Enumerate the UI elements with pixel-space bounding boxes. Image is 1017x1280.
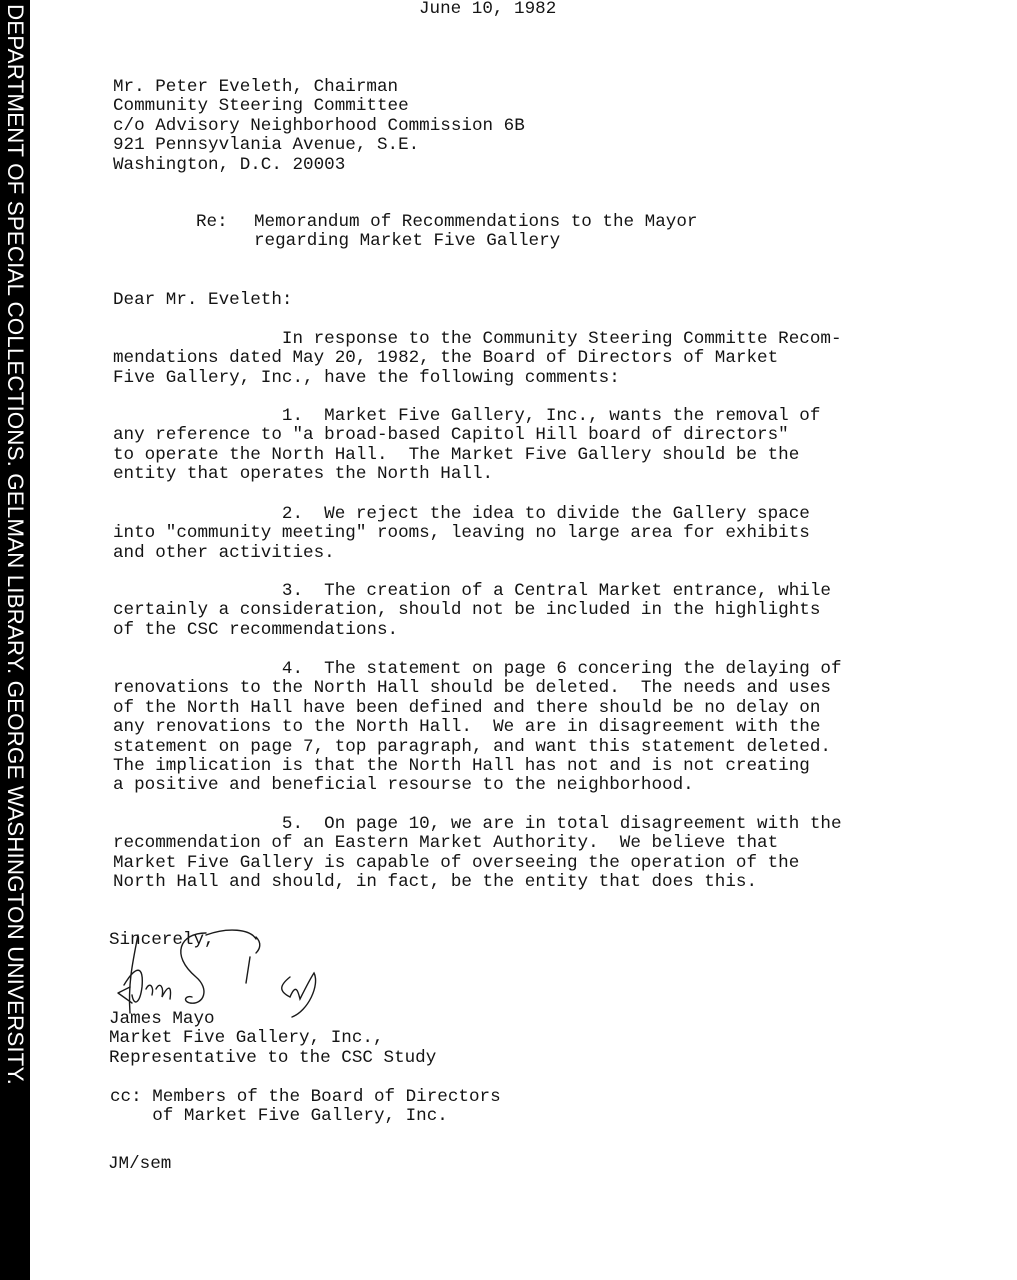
archive-watermark-text: DEPARTMENT OF SPECIAL COLLECTIONS. GELMA… bbox=[3, 4, 27, 1085]
paragraph-line: renovations to the North Hall should be … bbox=[113, 678, 831, 698]
cc-line: of Market Five Gallery, Inc. bbox=[110, 1106, 448, 1126]
typist-initials: JM/sem bbox=[108, 1155, 171, 1174]
paragraph-line: 3. The creation of a Central Market entr… bbox=[113, 581, 831, 601]
signer-name: James Mayo bbox=[109, 1009, 215, 1029]
salutation: Dear Mr. Eveleth: bbox=[113, 291, 293, 310]
paragraph-line: a positive and beneficial resourse to th… bbox=[113, 775, 694, 795]
subject-line: Memorandum of Recommendations to the May… bbox=[254, 213, 697, 252]
recipient-line: Mr. Peter Eveleth, Chairman bbox=[113, 77, 398, 97]
recipient-line: c/o Advisory Neighborhood Commission 6B bbox=[113, 116, 525, 136]
paragraph-line: mendations dated May 20, 1982, the Board… bbox=[113, 348, 778, 368]
cc-block: cc: Members of the Board of Directors of… bbox=[110, 1088, 501, 1127]
paragraph-line: Five Gallery, Inc., have the following c… bbox=[113, 368, 620, 388]
paragraph-line: North Hall and should, in fact, be the e… bbox=[113, 872, 757, 892]
paragraph-line: entity that operates the North Hall. bbox=[113, 464, 493, 484]
recipient-line: Washington, D.C. 20003 bbox=[113, 155, 345, 175]
recipient-line: Community Steering Committee bbox=[113, 96, 409, 116]
signer-block: James Mayo Market Five Gallery, Inc., Re… bbox=[109, 1010, 436, 1068]
paragraph-line: any reference to "a broad-based Capitol … bbox=[113, 425, 789, 445]
paragraph-line: 2. We reject the idea to divide the Gall… bbox=[113, 504, 810, 524]
paragraph-line: 1. Market Five Gallery, Inc., wants the … bbox=[113, 406, 820, 426]
signer-title: Representative to the CSC Study bbox=[109, 1048, 436, 1068]
recipient-address: Mr. Peter Eveleth, Chairman Community St… bbox=[113, 78, 525, 175]
paragraph-line: recommendation of an Eastern Market Auth… bbox=[113, 833, 778, 853]
comment-point-4: 4. The statement on page 6 concering the… bbox=[113, 660, 883, 796]
paragraph-line: statement on page 7, top paragraph, and … bbox=[113, 737, 831, 757]
comment-point-2: 2. We reject the idea to divide the Gall… bbox=[113, 505, 883, 563]
paragraph-line: of the CSC recommendations. bbox=[113, 620, 398, 640]
comment-point-1: 1. Market Five Gallery, Inc., wants the … bbox=[113, 407, 883, 485]
intro-paragraph: In response to the Community Steering Co… bbox=[113, 330, 883, 388]
paragraph-line: to operate the North Hall. The Market Fi… bbox=[113, 445, 799, 465]
paragraph-line: 5. On page 10, we are in total disagreem… bbox=[113, 814, 842, 834]
paragraph-line: of the North Hall have been defined and … bbox=[113, 698, 820, 718]
subject-text: Memorandum of Recommendations to the May… bbox=[254, 212, 697, 232]
archive-watermark-strip: DEPARTMENT OF SPECIAL COLLECTIONS. GELMA… bbox=[0, 0, 30, 1280]
cc-line: cc: Members of the Board of Directors bbox=[110, 1087, 501, 1107]
paragraph-line: The implication is that the North Hall h… bbox=[113, 756, 810, 776]
paragraph-line: In response to the Community Steering Co… bbox=[113, 329, 842, 349]
comment-point-3: 3. The creation of a Central Market entr… bbox=[113, 582, 883, 640]
letter-date: June 10, 1982 bbox=[419, 0, 556, 19]
paragraph-line: into "community meeting" rooms, leaving … bbox=[113, 523, 810, 543]
paragraph-line: certainly a consideration, should not be… bbox=[113, 600, 820, 620]
comment-point-5: 5. On page 10, we are in total disagreem… bbox=[113, 815, 883, 893]
subject-label: Re: bbox=[196, 213, 228, 232]
signer-organization: Market Five Gallery, Inc., bbox=[109, 1028, 384, 1048]
paragraph-line: 4. The statement on page 6 concering the… bbox=[113, 659, 842, 679]
paragraph-line: and other activities. bbox=[113, 543, 335, 563]
paragraph-line: Market Five Gallery is capable of overse… bbox=[113, 853, 799, 873]
recipient-line: 921 Pennsyvlania Avenue, S.E. bbox=[113, 135, 419, 155]
subject-text: regarding Market Five Gallery bbox=[254, 231, 560, 251]
paragraph-line: any renovations to the North Hall. We ar… bbox=[113, 717, 820, 737]
